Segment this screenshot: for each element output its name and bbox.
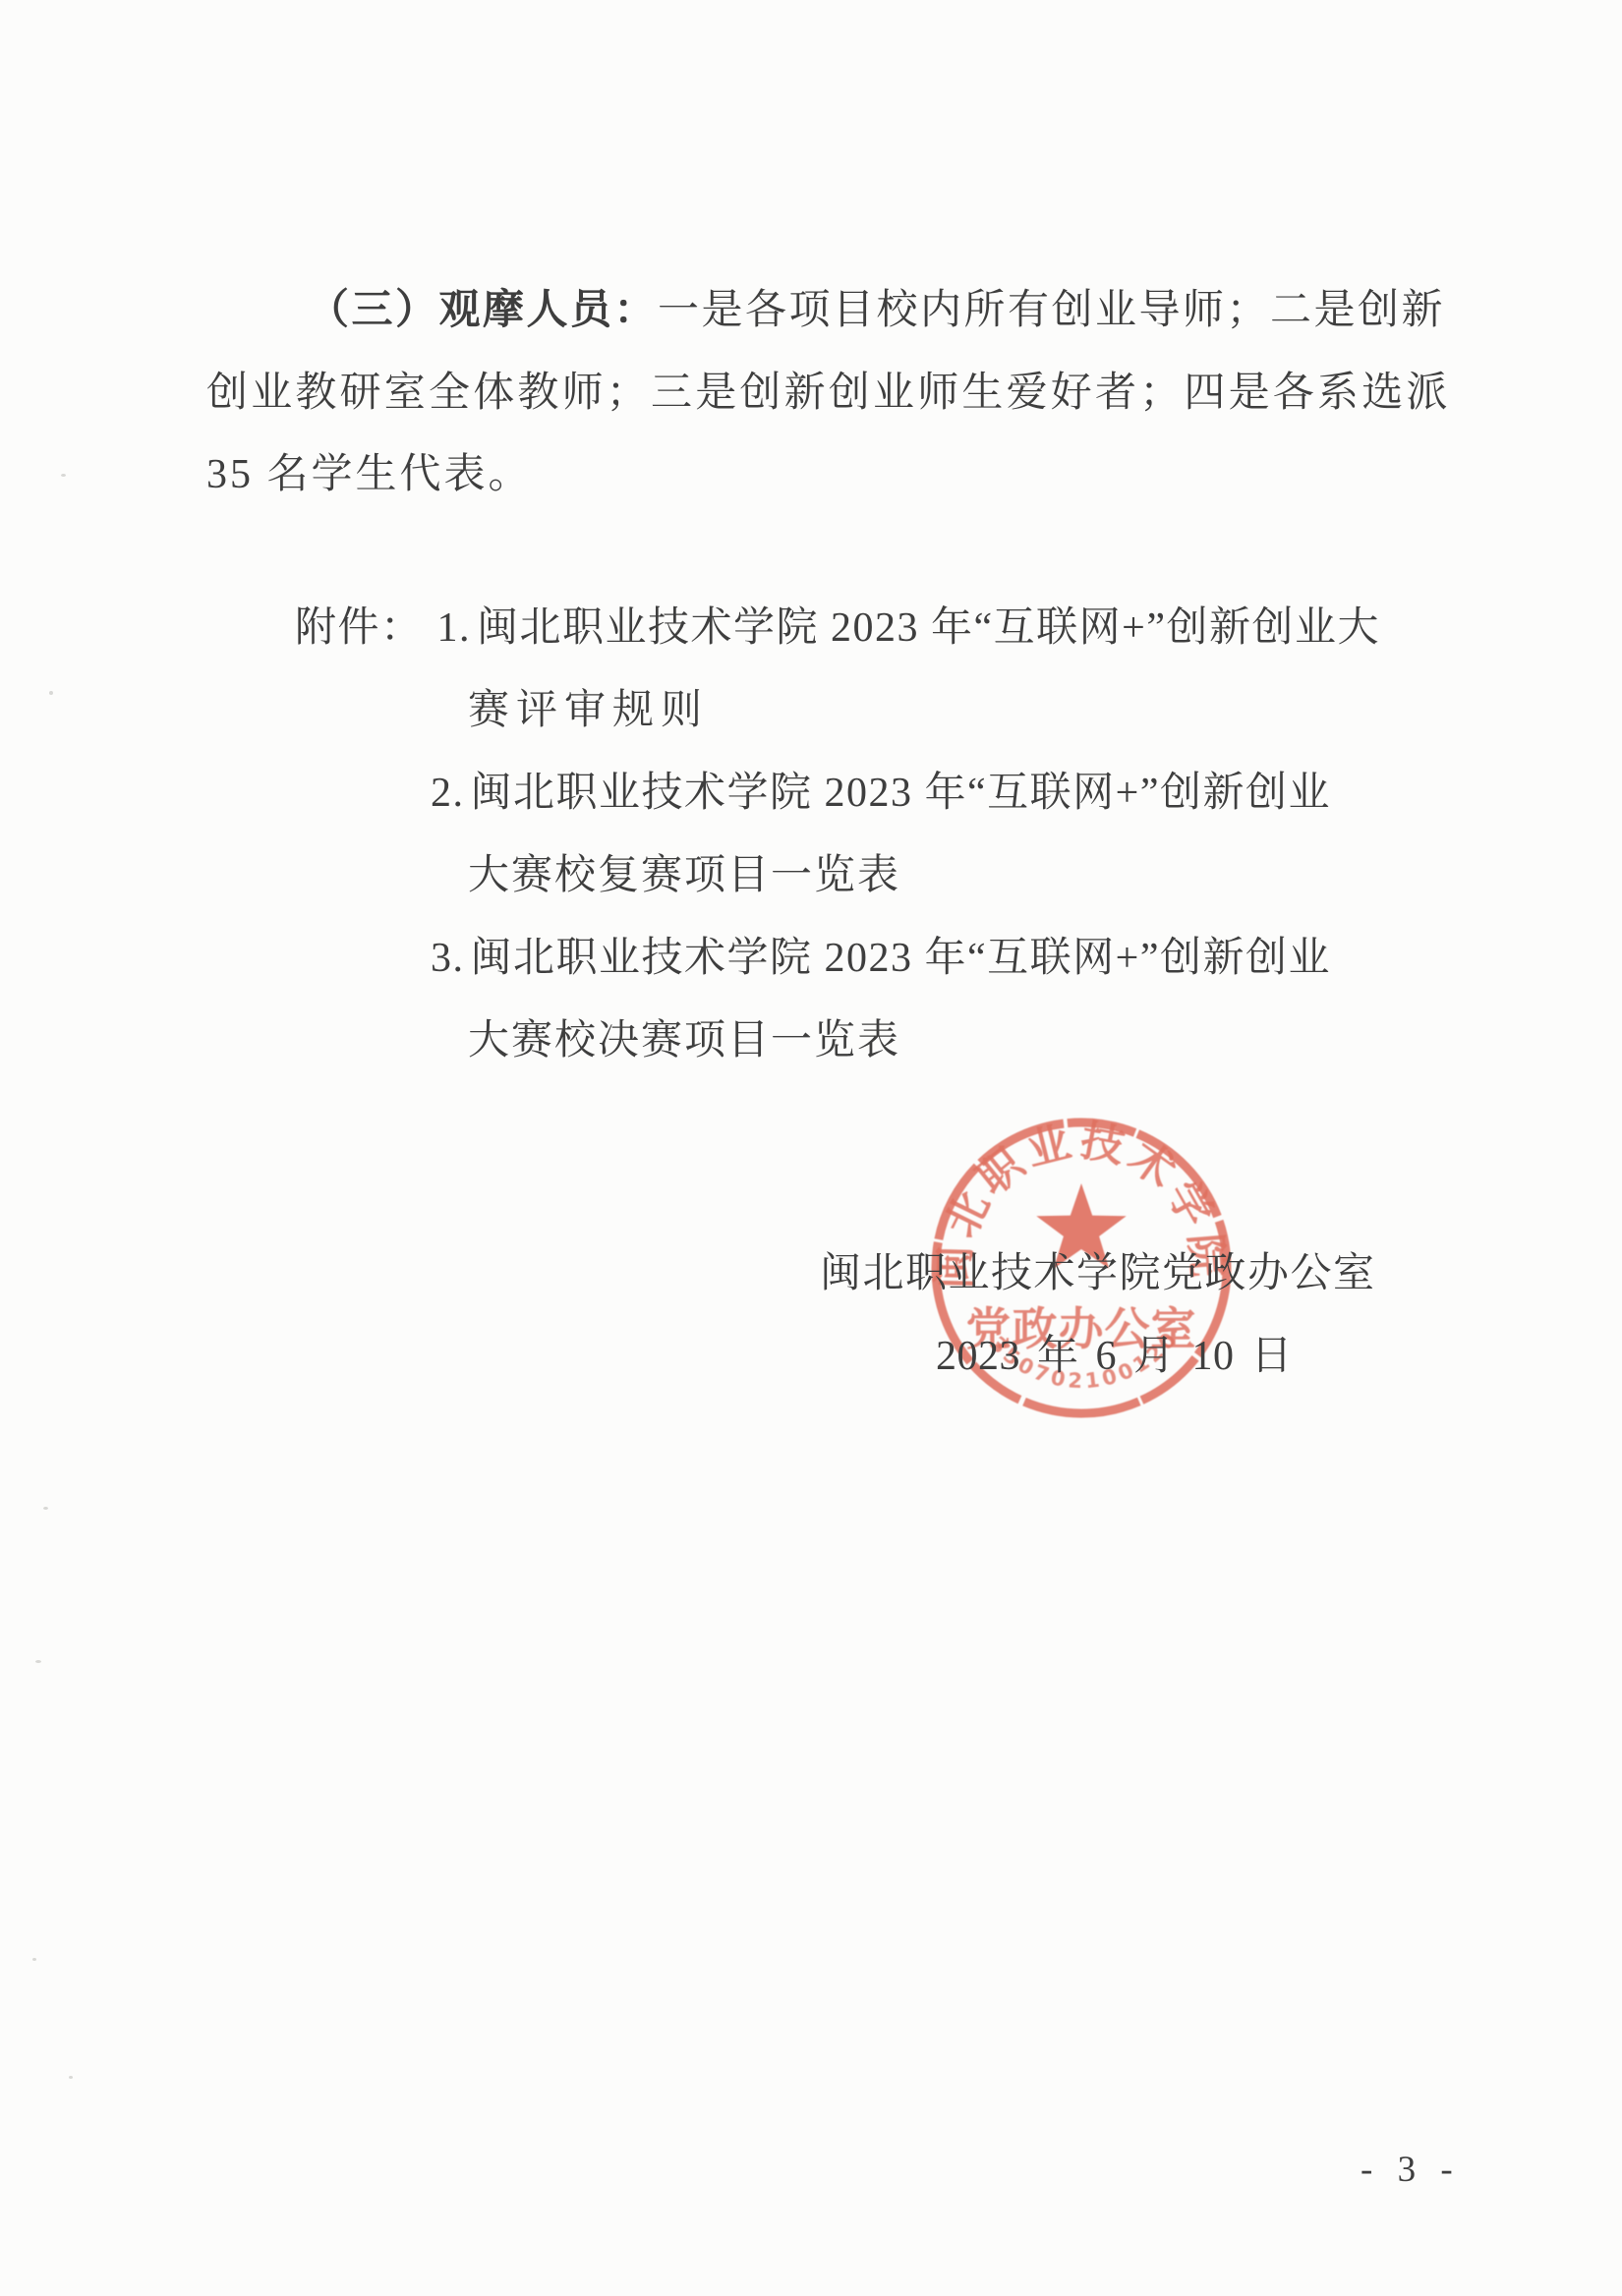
- scan-artifact: [32, 1958, 36, 1961]
- attachment-2-number: 2.: [431, 771, 465, 816]
- attachment-item-1: 附件：1.闽北职业技术学院 2023 年“互联网+”创新创业大: [295, 604, 1380, 654]
- attachment-3-number: 3.: [431, 936, 465, 981]
- attachment-1-number: 1.: [437, 605, 472, 651]
- signature-office: 闽北职业技术学院党政办公室: [820, 1250, 1376, 1299]
- attachment-1-continuation: 赛评审规则: [468, 687, 709, 736]
- scan-artifact: [49, 691, 53, 695]
- scan-artifact: [35, 1660, 41, 1663]
- paragraph-line-3: 35 名学生代表。: [206, 451, 533, 500]
- signature-date: 2023 年 6 月 10 日: [936, 1333, 1293, 1382]
- page-number: - 3 -: [1361, 2149, 1461, 2192]
- attachment-3-title: 闽北职业技术学院 2023 年“互联网+”创新创业: [471, 936, 1331, 981]
- paragraph-line-1: （三）观摩人员：一是各项目校内所有创业导师；二是创新: [308, 287, 1445, 336]
- attachment-item-2: 2.闽北职业技术学院 2023 年“互联网+”创新创业: [431, 770, 1331, 819]
- scan-artifact: [43, 1507, 48, 1510]
- attachments-label: 附件：: [295, 605, 424, 651]
- attachment-2-continuation: 大赛校复赛项目一览表: [468, 852, 900, 901]
- attachment-1-title: 闽北职业技术学院 2023 年“互联网+”创新创业大: [477, 605, 1380, 651]
- attachment-3-continuation: 大赛校决赛项目一览表: [468, 1017, 900, 1066]
- scan-artifact: [61, 474, 66, 477]
- attachment-2-title: 闽北职业技术学院 2023 年“互联网+”创新创业: [471, 771, 1331, 816]
- paragraph-line-2: 创业教研室全体教师；三是创新创业师生爱好者；四是各系选派: [206, 370, 1451, 419]
- scan-artifact: [69, 2076, 73, 2079]
- paragraph-lead: （三）观摩人员：: [308, 288, 658, 333]
- document-page: （三）观摩人员：一是各项目校内所有创业导师；二是创新 创业教研室全体教师；三是创…: [0, 0, 1622, 2296]
- paragraph-line-1-text: 一是各项目校内所有创业导师；二是创新: [658, 288, 1445, 333]
- attachment-item-3: 3.闽北职业技术学院 2023 年“互联网+”创新创业: [431, 935, 1331, 984]
